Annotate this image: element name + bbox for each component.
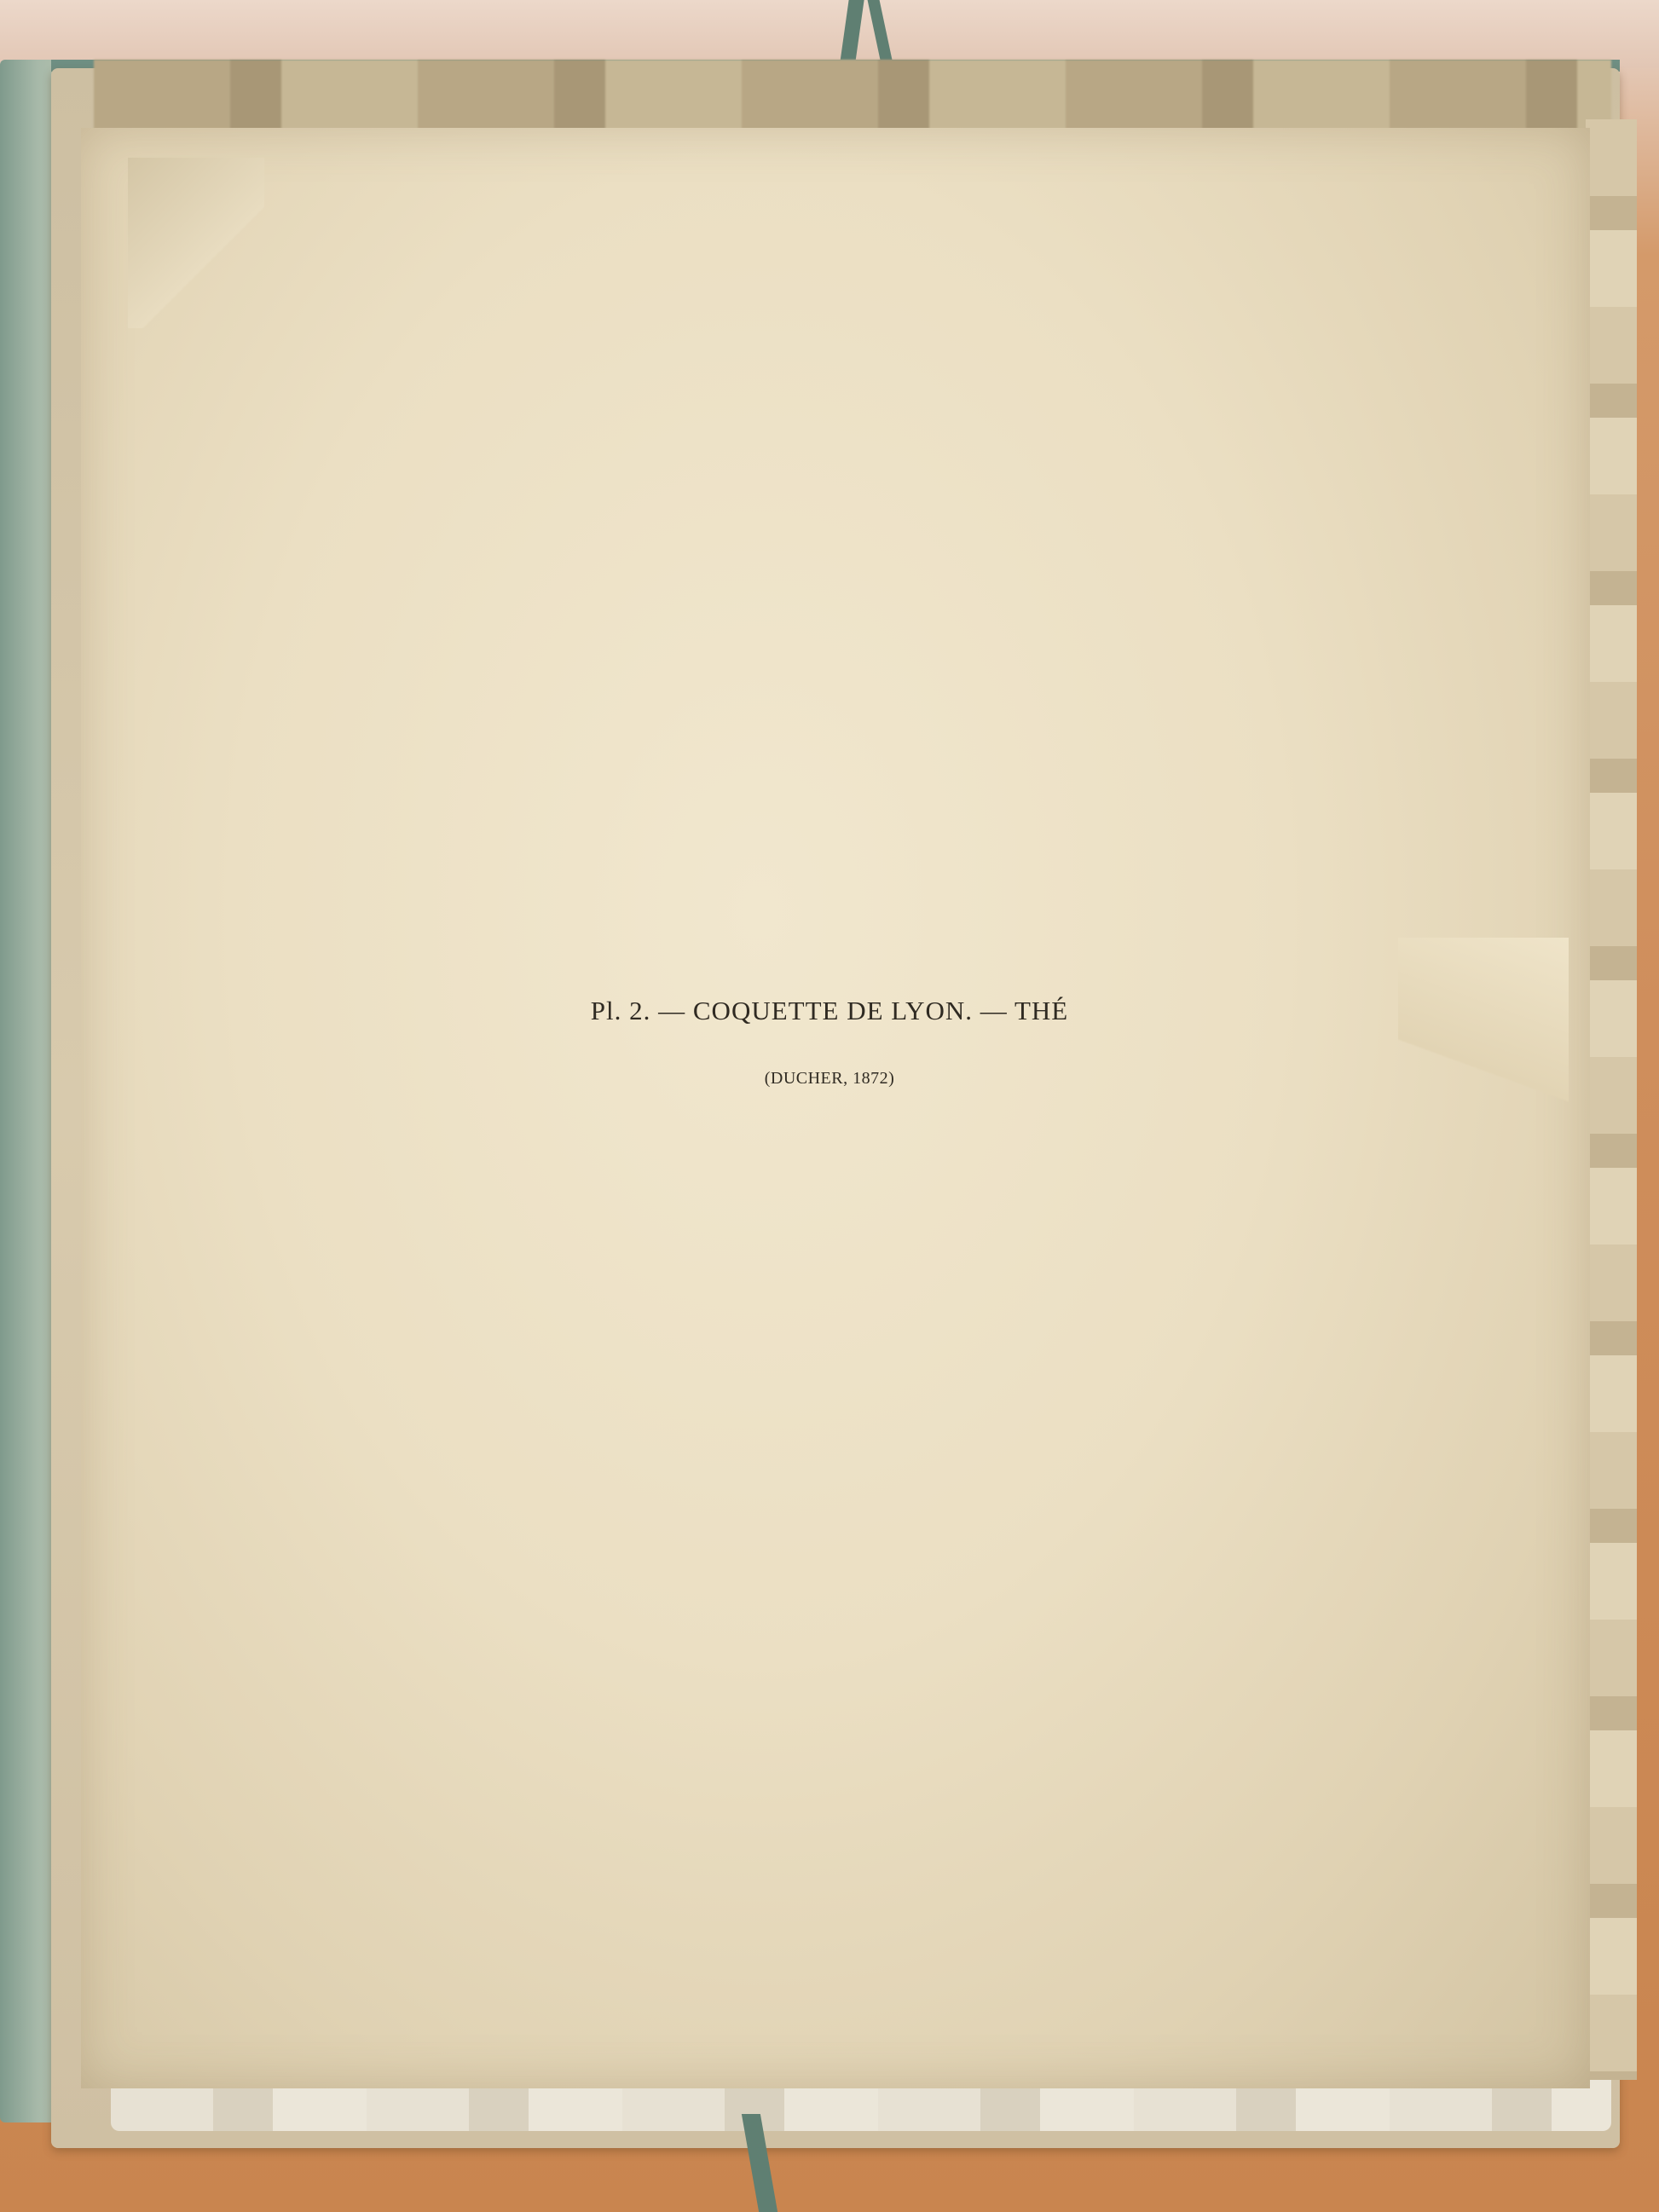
plate-attribution: (DUCHER, 1872) [0,1069,1659,1089]
folded-corner [128,158,264,328]
worn-top-edges [94,60,1611,136]
document-page [81,128,1590,2088]
worn-right-edges [1586,119,1637,2080]
table-surface [0,0,1659,68]
plate-title: Pl. 2. — COQUETTE DE LYON. — THÉ [0,996,1659,1026]
plate-prefix: Pl [591,996,615,1025]
plate-title-text: . 2. — COQUETTE DE LYON. — THÉ [615,996,1069,1025]
